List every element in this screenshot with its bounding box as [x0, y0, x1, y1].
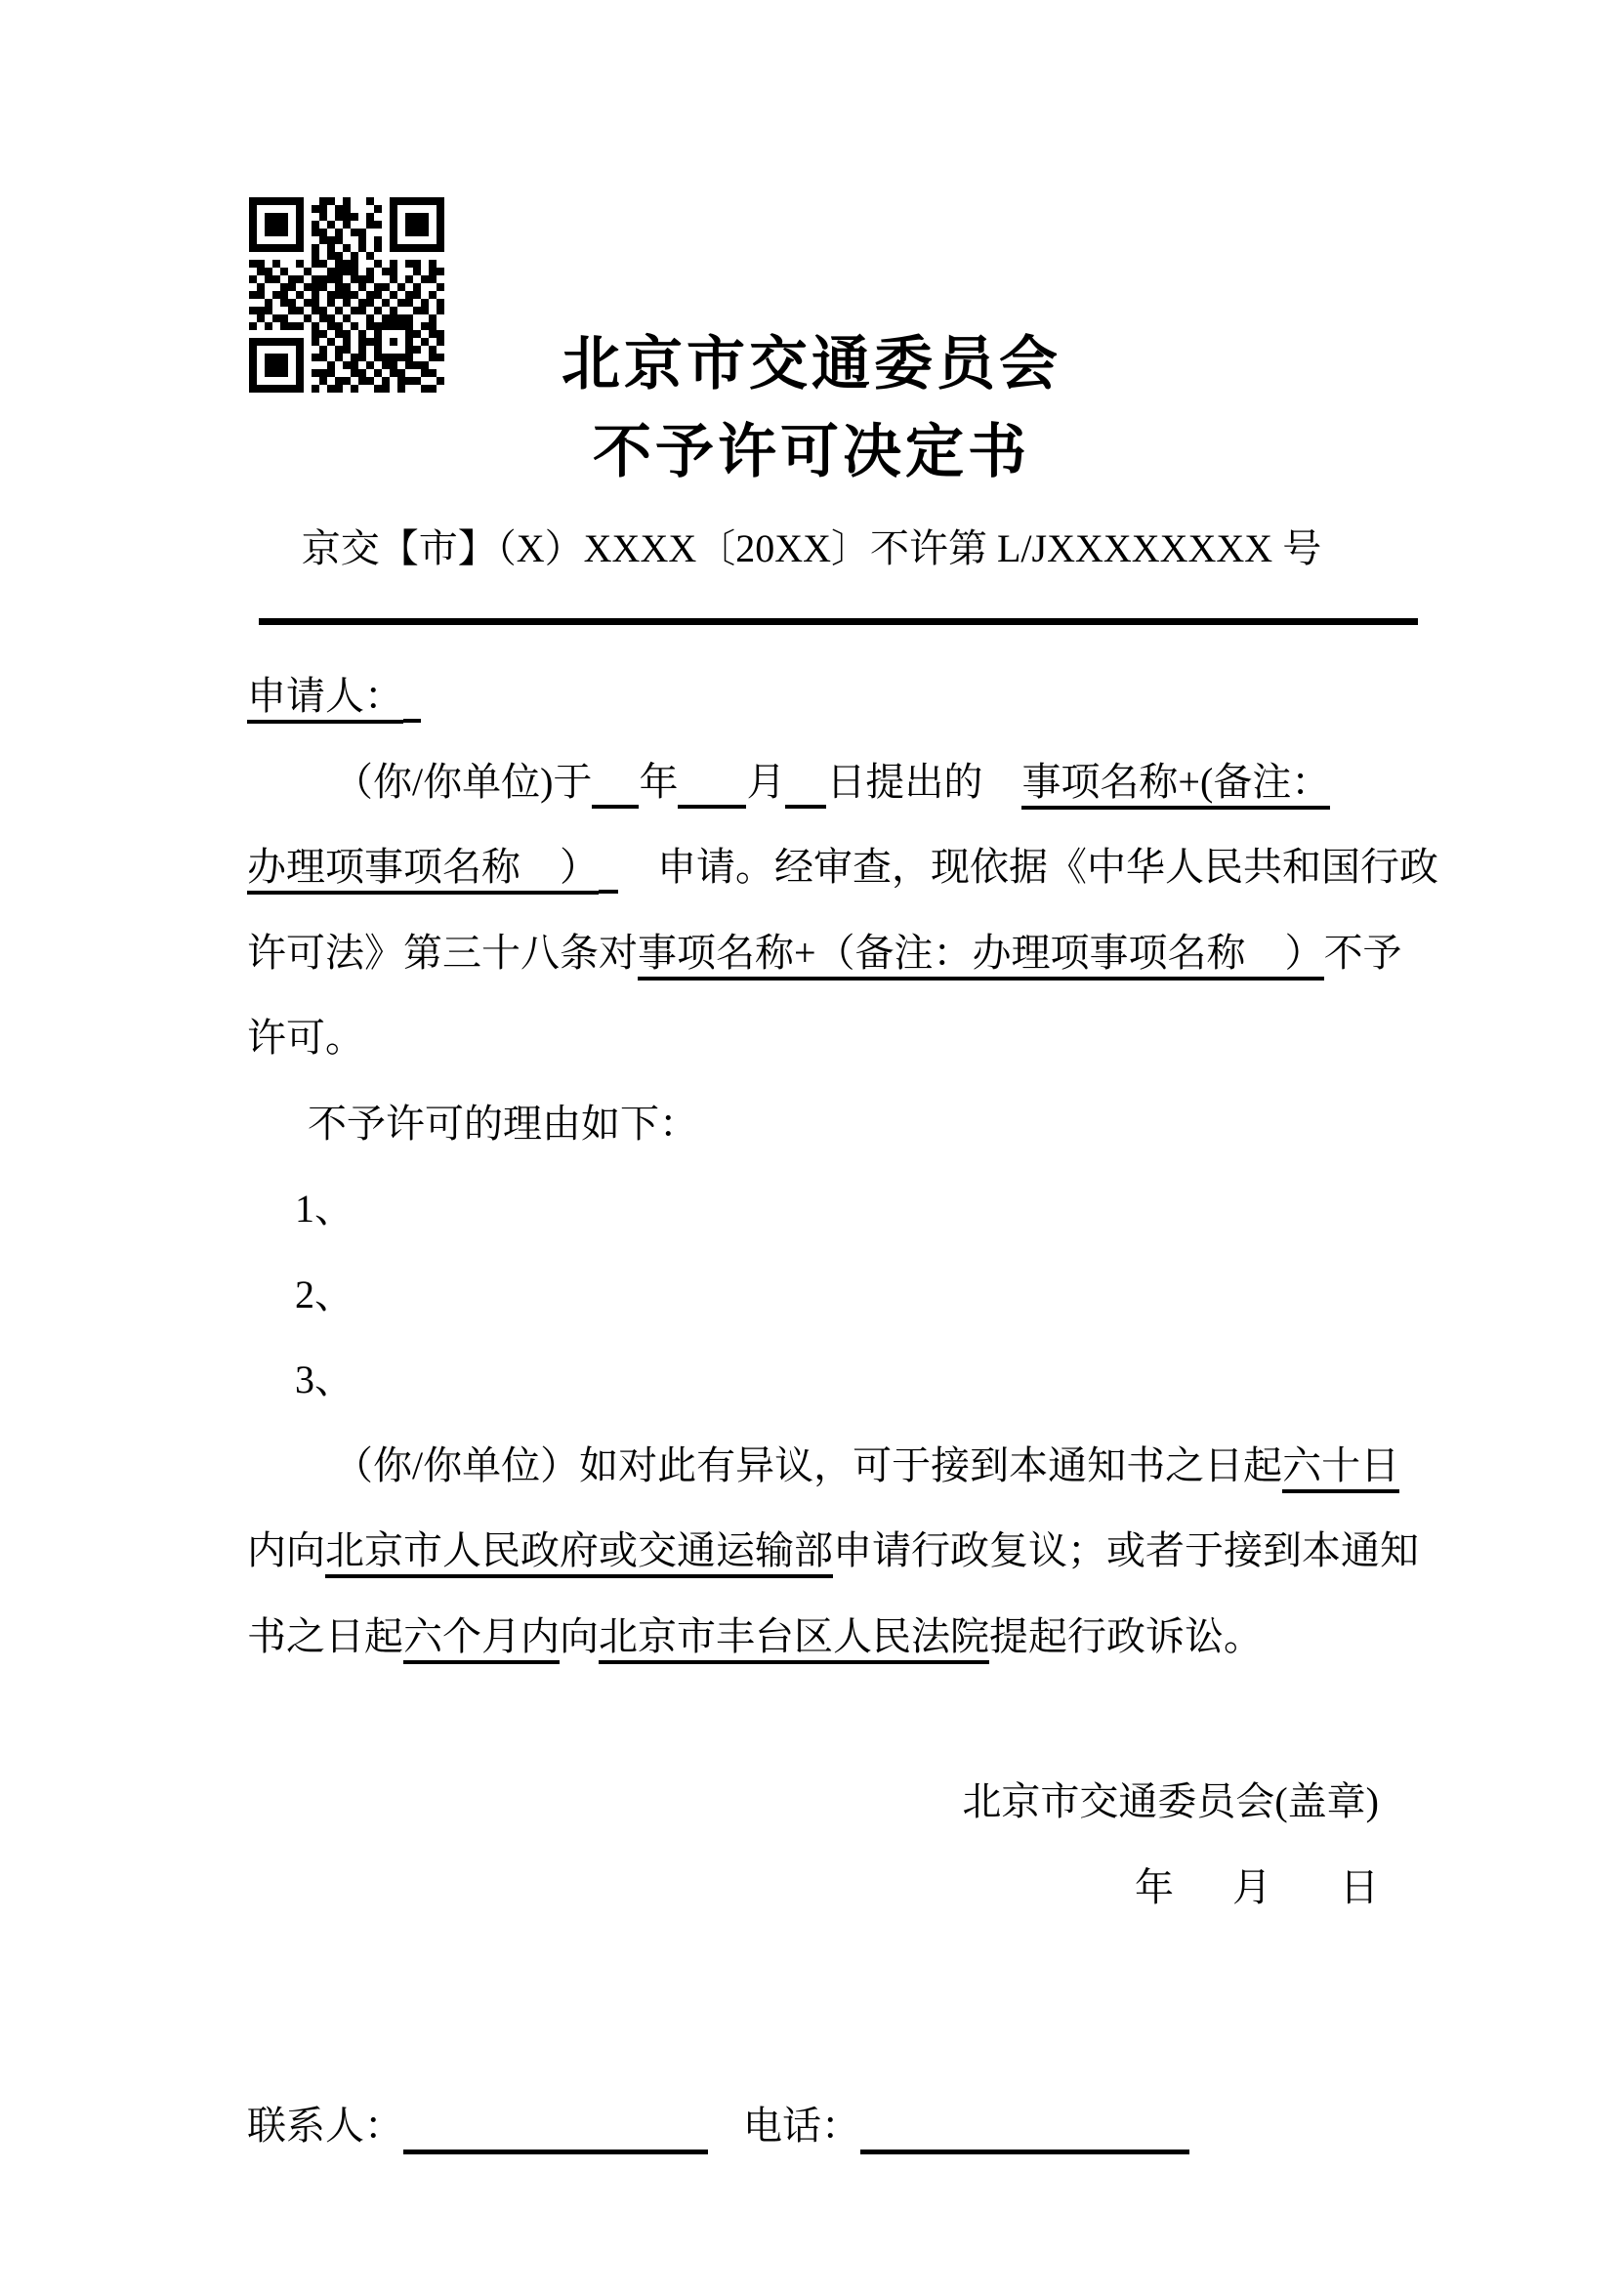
body-line: （你/你单位）如对此有异议，可于接到本通知书之日起六十日: [247, 1423, 1390, 1509]
underlined-text: 北京市丰台区人民法院: [599, 1614, 989, 1664]
fill-in-blank: [785, 805, 826, 809]
body-text: 日提出的: [826, 760, 982, 804]
body-text: 3、: [295, 1357, 354, 1401]
fill-in-blank: [592, 805, 639, 809]
body-text: 申请。经审查，现依据《中华人民共和国行政: [618, 845, 1438, 889]
body-line: 书之日起六个月内向北京市丰台区人民法院提起行政诉讼。: [247, 1594, 1390, 1680]
body-text: 申请行政复议；或者于接到本通知: [833, 1528, 1419, 1572]
date-part: 年: [1135, 1865, 1174, 1909]
document-page: 北京市交通委员会 不予许可决定书 京交【市】（X）XXXX〔20XX〕不许第 L…: [0, 0, 1623, 2296]
underlined-text: 事项名称+（备注：办理项事项名称 ）: [638, 931, 1324, 981]
contact-person-blank: [403, 2150, 708, 2154]
contact-phone-blank: [860, 2150, 1189, 2154]
fill-in-blank: [678, 805, 746, 809]
fill-in-blank: [599, 890, 618, 894]
document-title-line2: 不予许可决定书: [0, 418, 1623, 486]
date-gap: [1174, 1899, 1232, 1900]
body-text: 许可。: [247, 1016, 364, 1060]
body-text: 年: [639, 760, 678, 804]
body-text: 月: [746, 760, 785, 804]
underlined-text: 六个月内: [403, 1614, 560, 1664]
body-line: （你/你单位)于年月日提出的 事项名称+(备注：: [247, 739, 1390, 825]
document-body: 申请人：（你/你单位)于年月日提出的 事项名称+(备注：办理项事项名称 ） 申请…: [247, 653, 1390, 1679]
signature-block: 北京市交通委员会(盖章) 年月日: [962, 1759, 1379, 1931]
body-text: 不予许可的理由如下：: [308, 1102, 698, 1146]
document-title-line1: 北京市交通委员会: [0, 330, 1623, 398]
contact-person-label: 联系人：: [247, 2104, 403, 2148]
body-text: 2、: [295, 1273, 354, 1316]
date-part: 月: [1232, 1865, 1271, 1909]
body-text: 不予: [1324, 931, 1402, 975]
issuer-seal-line: 北京市交通委员会(盖章): [962, 1759, 1379, 1845]
body-line: 许可法》第三十八条对事项名称+（备注：办理项事项名称 ）不予: [247, 910, 1390, 996]
body-text: （你/你单位）如对此有异议，可于接到本通知书之日起: [334, 1443, 1282, 1487]
body-text: 内向: [247, 1528, 325, 1572]
underlined-text: 事项名称+(备注：: [1021, 760, 1330, 810]
contact-phone-label: 电话：: [743, 2104, 860, 2148]
underlined-text: 办理项事项名称 ）: [247, 845, 599, 895]
contact-line: 联系人：电话：: [247, 2097, 1189, 2155]
fill-in-blank: [403, 719, 421, 723]
date-part: 日: [1340, 1865, 1379, 1909]
body-line: 办理项事项名称 ） 申请。经审查，现依据《中华人民共和国行政: [247, 824, 1390, 910]
body-text: 提起行政诉讼。: [989, 1614, 1263, 1658]
body-line: 内向北京市人民政府或交通运输部申请行政复议；或者于接到本通知: [247, 1508, 1390, 1594]
body-text: 许可法》第三十八条对: [247, 931, 638, 975]
header-divider: [259, 618, 1418, 625]
body-text: 1、: [295, 1187, 354, 1231]
date-line: 年月日: [962, 1845, 1379, 1931]
underlined-text: 六十日: [1282, 1443, 1399, 1493]
body-line: 不予许可的理由如下：: [247, 1081, 1390, 1167]
document-number: 京交【市】（X）XXXX〔20XX〕不许第 L/JXXXXXXXX 号: [0, 524, 1623, 573]
body-text: 向: [560, 1614, 599, 1658]
body-line: 申请人：: [247, 653, 1390, 739]
body-line: 3、: [247, 1337, 1390, 1423]
underlined-text: 北京市人民政府或交通运输部: [325, 1528, 833, 1578]
date-gap: [1271, 1899, 1340, 1900]
body-line: 1、: [247, 1166, 1390, 1252]
underlined-text: 申请人：: [247, 674, 403, 724]
body-text: 书之日起: [247, 1614, 403, 1658]
body-line: 许可。: [247, 995, 1390, 1081]
contact-gap: [708, 2138, 743, 2139]
body-text: [982, 760, 1021, 804]
body-text: （你/你单位)于: [334, 760, 592, 804]
body-line: 2、: [247, 1252, 1390, 1338]
